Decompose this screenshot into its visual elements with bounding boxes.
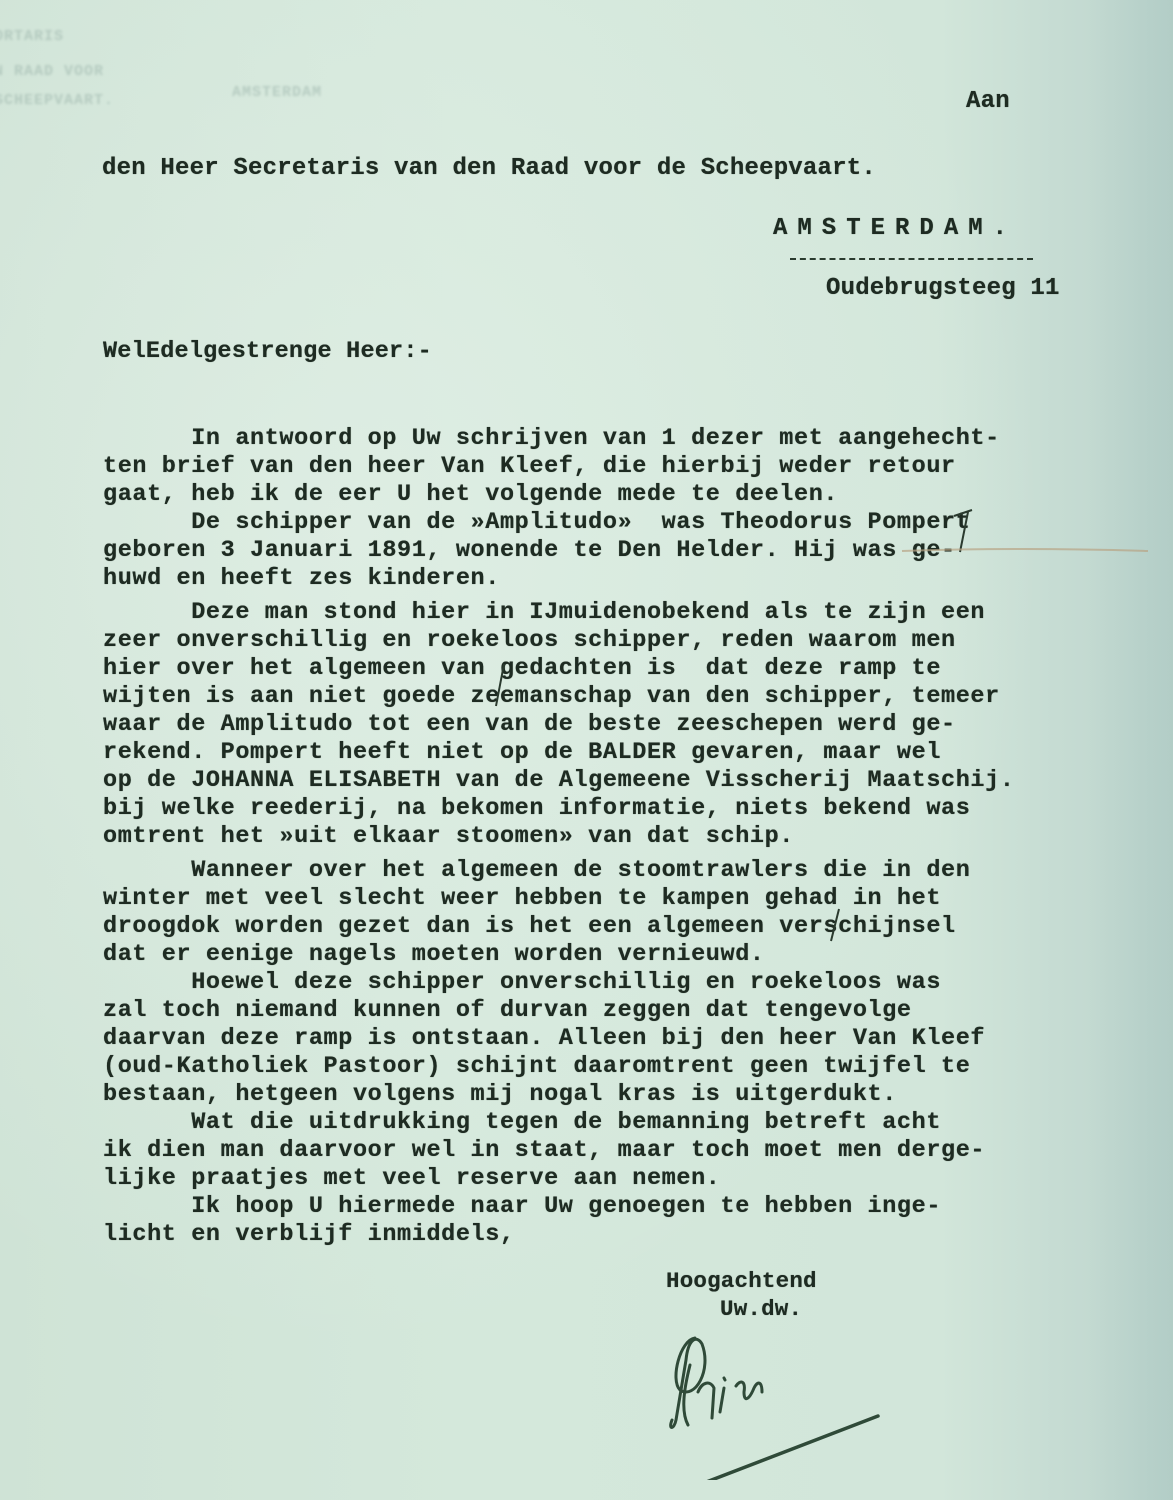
street-address: Oudebrugsteeg 11	[826, 275, 1060, 302]
correction-mark-icon	[825, 905, 845, 945]
pencil-underline-icon	[900, 545, 1150, 557]
salutation: WelEdelgestrenge Heer:-	[103, 338, 432, 365]
body-line: huwd en heeft zes kinderen.	[103, 565, 500, 592]
closing: Hoogachtend	[666, 1268, 817, 1294]
addressee-prefix: Aan	[966, 88, 1010, 115]
ghost-letterhead-line-2: N RAAD VOOR	[0, 63, 104, 80]
body-line: hier over het algemeen van gedachten is …	[103, 655, 941, 682]
body-line: zeer onverschillig en roekeloos schipper…	[103, 627, 956, 654]
body-line: zal toch niemand kunnen of durvan zeggen…	[103, 997, 912, 1024]
body-line: Hoewel deze schipper onverschillig en ro…	[103, 969, 941, 996]
body-line: ten brief van den heer Van Kleef, die hi…	[103, 453, 956, 480]
ghost-center-text: AMSTERDAM	[232, 84, 322, 101]
ghost-letterhead-line-3: SCHEEPVAART.	[0, 92, 114, 109]
body-line: dat er eenige nagels moeten worden verni…	[103, 941, 765, 968]
body-line: Ik hoop U hiermede naar Uw genoegen te h…	[103, 1193, 941, 1220]
body-line: wijten is aan niet goede zeemanschap van…	[103, 683, 1000, 710]
dashed-underline	[790, 258, 1033, 260]
body-line: Wanneer over het algemeen de stoomtrawle…	[103, 857, 970, 884]
body-line: waar de Amplitudo tot een van de beste z…	[103, 711, 956, 738]
body-line: gaat, heb ik de eer U het volgende mede …	[103, 481, 838, 508]
body-line: In antwoord op Uw schrijven van 1 dezer …	[103, 425, 1000, 452]
closing-abbrev: Uw.dw.	[720, 1296, 802, 1322]
body-line: ik dien man daarvoor wel in staat, maar …	[103, 1137, 985, 1164]
addressee: den Heer Secretaris van den Raad voor de…	[102, 155, 876, 182]
body-line: rekend. Pompert heeft niet op de BALDER …	[103, 739, 941, 766]
body-line: lijke praatjes met veel reserve aan neme…	[103, 1165, 721, 1192]
body-line: (oud-Katholiek Pastoor) schijnt daaromtr…	[103, 1053, 970, 1080]
body-line: daarvan deze ramp is ontstaan. Alleen bi…	[103, 1025, 985, 1052]
body-line: bij welke reederij, na bekomen informati…	[103, 795, 970, 822]
body-line: geboren 3 Januari 1891, wonende te Den H…	[103, 537, 956, 564]
body-line: winter met veel slecht weer hebben te ka…	[103, 885, 941, 912]
correction-mark-icon	[490, 660, 510, 710]
body-line: op de JOHANNA ELISABETH van de Algemeene…	[103, 767, 1015, 794]
body-line: bestaan, hetgeen volgens mij nogal kras …	[103, 1081, 897, 1108]
body-line: Wat die uitdrukking tegen de bemanning b…	[103, 1109, 941, 1136]
signature-icon: Prins	[640, 1330, 960, 1480]
paper-edge-shadow	[1088, 0, 1173, 1500]
body-line: Deze man stond hier in IJmuidenobekend a…	[103, 599, 985, 626]
body-line: De schipper van de »Amplitudo» was Theod…	[103, 509, 970, 536]
body-line: licht en verblijf inmiddels,	[103, 1221, 515, 1248]
city: AMSTERDAM.	[773, 215, 1017, 242]
ghost-letterhead-line-1: ORTARIS	[0, 28, 64, 45]
body-line: omtrent het »uit elkaar stoomen» van dat…	[103, 823, 794, 850]
